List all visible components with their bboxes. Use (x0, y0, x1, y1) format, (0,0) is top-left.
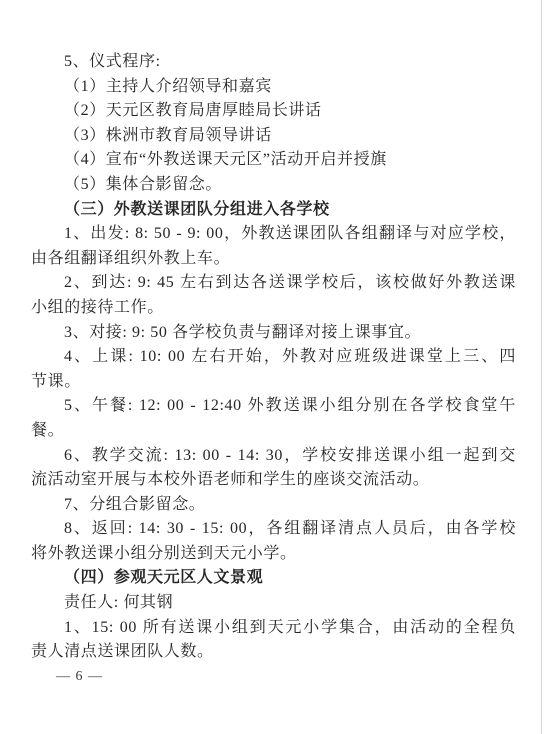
text-line: 6、教学交流: 13: 00 - 14: 30，学校安排送课小组一起到交 (31, 444, 516, 469)
text-line: 1、出发: 8: 50 - 9: 00，外教送课团队各组翻译与对应学校， (31, 222, 516, 247)
text-line: （1）主持人介绍领导和嘉宾 (31, 75, 516, 100)
document-body: 5、仪式程序:（1）主持人介绍领导和嘉宾（2）天元区教育局唐厚睦局长讲话（3）株… (31, 50, 516, 689)
text-line: 5、仪式程序: (31, 50, 516, 75)
text-line: （3）株洲市教育局领导讲话 (31, 124, 516, 149)
text-line: 餐。 (31, 419, 516, 444)
text-line: 4、上课: 10: 00 左右开始，外教对应班级进课堂上三、四 (31, 345, 516, 370)
text-line: 2、到达: 9: 45 左右到达各送课学校后，该校做好外教送课 (31, 271, 516, 296)
document-page: 5、仪式程序:（1）主持人介绍领导和嘉宾（2）天元区教育局唐厚睦局长讲话（3）株… (0, 0, 544, 734)
text-line: 8、返回: 14: 30 - 15: 00，各组翻译清点人员后，由各学校 (31, 517, 516, 542)
page-number: — 6 — (56, 665, 516, 690)
text-line: 5、午餐: 12: 00 - 12:40 外教送课小组分别在各学校食堂午 (31, 394, 516, 419)
text-line: 1、15: 00 所有送课小组到天元小学集合，由活动的全程负 (31, 616, 516, 641)
text-line: 将外教送课小组分别送到天元小学。 (31, 542, 516, 567)
text-line: 节课。 (31, 370, 516, 395)
text-line: （2）天元区教育局唐厚睦局长讲话 (31, 99, 516, 124)
text-line: （5）集体合影留念。 (31, 173, 516, 198)
text-line: 小组的接待工作。 (31, 296, 516, 321)
text-line: 由各组翻译组织外教上车。 (31, 247, 516, 272)
text-line: （4）宣布“外教送课天元区”活动开启并授旗 (31, 148, 516, 173)
text-line: 7、分组合影留念。 (31, 493, 516, 518)
text-line: 责任人: 何其钢 (31, 591, 516, 616)
scan-edge-line (541, 0, 542, 734)
heading-line: （三）外教送课团队分组进入各学校 (31, 198, 516, 223)
text-line: 3、对接: 9: 50 各学校负责与翻译对接上课事宜。 (31, 321, 516, 346)
text-line: 责人清点送课团队人数。 (31, 640, 516, 665)
heading-line: （四）参观天元区人文景观 (31, 566, 516, 591)
text-line: 流活动室开展与本校外语老师和学生的座谈交流活动。 (31, 468, 516, 493)
